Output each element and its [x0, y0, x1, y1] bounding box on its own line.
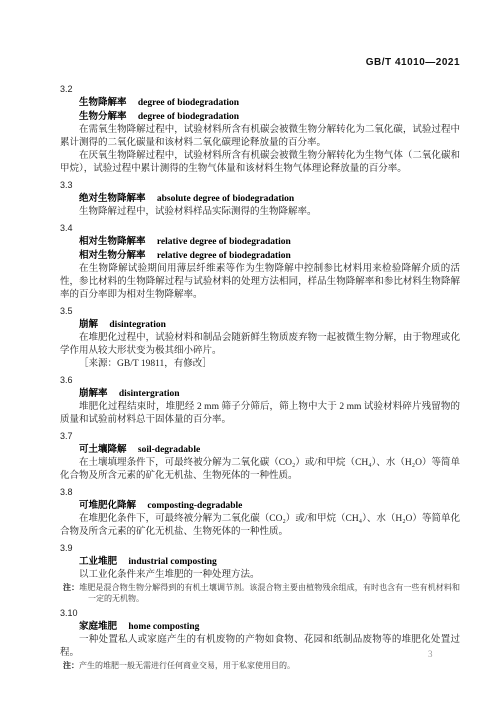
term-en: soil-degradable [138, 445, 200, 455]
standard-code-header: GB/T 41010—2021 [60, 57, 460, 69]
definition-paragraph: 在堆肥化过程中，试验材料和制品会随新鲜生物质废弃物一起被微生物分解，由于物理或化… [60, 332, 460, 358]
term-line: 相对生物降解率 relative degree of biodegradatio… [79, 235, 460, 249]
section-3-3: 3.3 绝对生物降解率 absolute degree of biodegrad… [60, 179, 460, 219]
term-line: 崩解率 disintergration [79, 387, 460, 401]
term-en: degree of biodegradation [138, 98, 239, 108]
note-label: 注： [63, 661, 79, 670]
term-line: 工业堆肥 industrial composting [79, 555, 460, 569]
term-en: industrial composting [128, 557, 216, 567]
term-en: home composting [128, 622, 199, 632]
term-en: absolute degree of biodegradation [157, 194, 294, 204]
term-en: disintergration [119, 389, 180, 399]
section-number: 3.8 [60, 486, 460, 499]
note: 注：堆肥是混合物生物分解得到的有机土壤调节剂。该混合物主要由植物残余组成，有时也… [63, 582, 460, 604]
term-line: 生物降解率 degree of biodegradation [79, 96, 460, 110]
term-zh: 工业堆肥 [79, 556, 117, 567]
term-line: 生物分解率 degree of biodegradation [79, 110, 460, 124]
term-zh: 崩解率 [79, 388, 108, 399]
term-line: 崩解 disintegration [79, 318, 460, 332]
section-number: 3.2 [60, 83, 460, 96]
term-en: relative degree of biodegradation [157, 251, 291, 261]
term-line: 可土壤降解 soil-degradable [79, 443, 460, 457]
document-page: GB/T 41010—2021 3.2 生物降解率 degree of biod… [0, 0, 500, 707]
term-zh: 可土壤降解 [79, 444, 127, 455]
definition-paragraph: 在堆肥化条件下，可最终被分解为二氧化碳（CO₂）或/和甲烷（CH₄）、水（H₂O… [60, 513, 460, 539]
section-number: 3.6 [60, 374, 460, 387]
section-number: 3.9 [60, 542, 460, 555]
term-line: 可堆肥化降解 composting-degradable [79, 499, 460, 513]
definition-paragraph: 堆肥化过程结束时，堆肥经 2 mm 筛子分筛后，筛上物中大于 2 mm 试验材料… [60, 401, 460, 427]
section-3-10: 3.10 家庭堆肥 home composting 一种处置私人或家庭产生的有机… [60, 607, 460, 671]
page-content: GB/T 41010—2021 3.2 生物降解率 degree of biod… [60, 57, 460, 671]
term-zh: 家庭堆肥 [79, 621, 117, 632]
section-3-7: 3.7 可土壤降解 soil-degradable 在土壤填埋条件下，可最终被分… [60, 430, 460, 483]
source-reference: ［来源：GB/T 19811，有修改］ [60, 358, 460, 371]
definition-paragraph: 在土壤填埋条件下，可最终被分解为二氧化碳（CO₂）或/和甲烷（CH₄）、水（H₂… [60, 457, 460, 483]
section-number: 3.10 [60, 607, 460, 620]
term-zh: 相对生物降解率 [79, 236, 146, 247]
definition-paragraph: 在厌氧生物降解过程中，试验材料所含有机碳会被微生物分解转化为生物气体（二氧化碳和… [60, 150, 460, 176]
term-en: disintegration [109, 320, 165, 330]
definition-paragraph: 生物降解过程中，试验材料样品实际测得的生物降解率。 [60, 206, 460, 219]
page-number: 3 [428, 649, 433, 659]
note-label: 注： [63, 583, 79, 592]
section-number: 3.7 [60, 430, 460, 443]
term-zh: 可堆肥化降解 [79, 500, 136, 511]
term-zh: 生物降解率 [79, 97, 127, 108]
definition-paragraph: 在需氧生物降解过程中，试验材料所含有机碳会被微生物分解转化为二氧化碳，试验过程中… [60, 124, 460, 150]
note: 注：产生的堆肥一般无需进行任何商业交易，用于私家使用目的。 [63, 660, 460, 671]
definition-paragraph: 以工业化条件来产生堆肥的一种处理方法。 [60, 569, 460, 582]
section-3-5: 3.5 崩解 disintegration 在堆肥化过程中，试验材料和制品会随新… [60, 305, 460, 371]
term-zh: 生物分解率 [79, 111, 127, 122]
section-number: 3.5 [60, 305, 460, 318]
section-3-6: 3.6 崩解率 disintergration 堆肥化过程结束时，堆肥经 2 m… [60, 374, 460, 427]
term-line: 家庭堆肥 home composting [79, 620, 460, 634]
section-number: 3.4 [60, 222, 460, 235]
section-3-9: 3.9 工业堆肥 industrial composting 以工业化条件来产生… [60, 542, 460, 604]
note-text: 产生的堆肥一般无需进行任何商业交易，用于私家使用目的。 [79, 661, 295, 670]
note-text: 堆肥是混合物生物分解得到的有机土壤调节剂。该混合物主要由植物残余组成，有时也含有… [79, 583, 460, 603]
term-en: degree of biodegradation [138, 112, 239, 122]
term-line: 绝对生物降解率 absolute degree of biodegradatio… [79, 192, 460, 206]
term-en: composting-degradable [147, 501, 242, 511]
term-line: 相对生物分解率 relative degree of biodegradatio… [79, 249, 460, 263]
term-zh: 相对生物分解率 [79, 250, 146, 261]
section-number: 3.3 [60, 179, 460, 192]
section-3-2: 3.2 生物降解率 degree of biodegradation 生物分解率… [60, 83, 460, 176]
section-3-8: 3.8 可堆肥化降解 composting-degradable 在堆肥化条件下… [60, 486, 460, 539]
term-zh: 绝对生物降解率 [79, 193, 146, 204]
section-3-4: 3.4 相对生物降解率 relative degree of biodegrad… [60, 222, 460, 302]
term-en: relative degree of biodegradation [157, 237, 291, 247]
definition-paragraph: 一种处置私人或家庭产生的有机废物的产物如食物、花园和纸制品废物等的堆肥化处置过程… [60, 634, 460, 660]
definition-paragraph: 在生物降解试验期间用薄层纤维素等作为生物降解中控制参比材料用来检验降解介质的活性… [60, 263, 460, 302]
term-zh: 崩解 [79, 319, 98, 330]
